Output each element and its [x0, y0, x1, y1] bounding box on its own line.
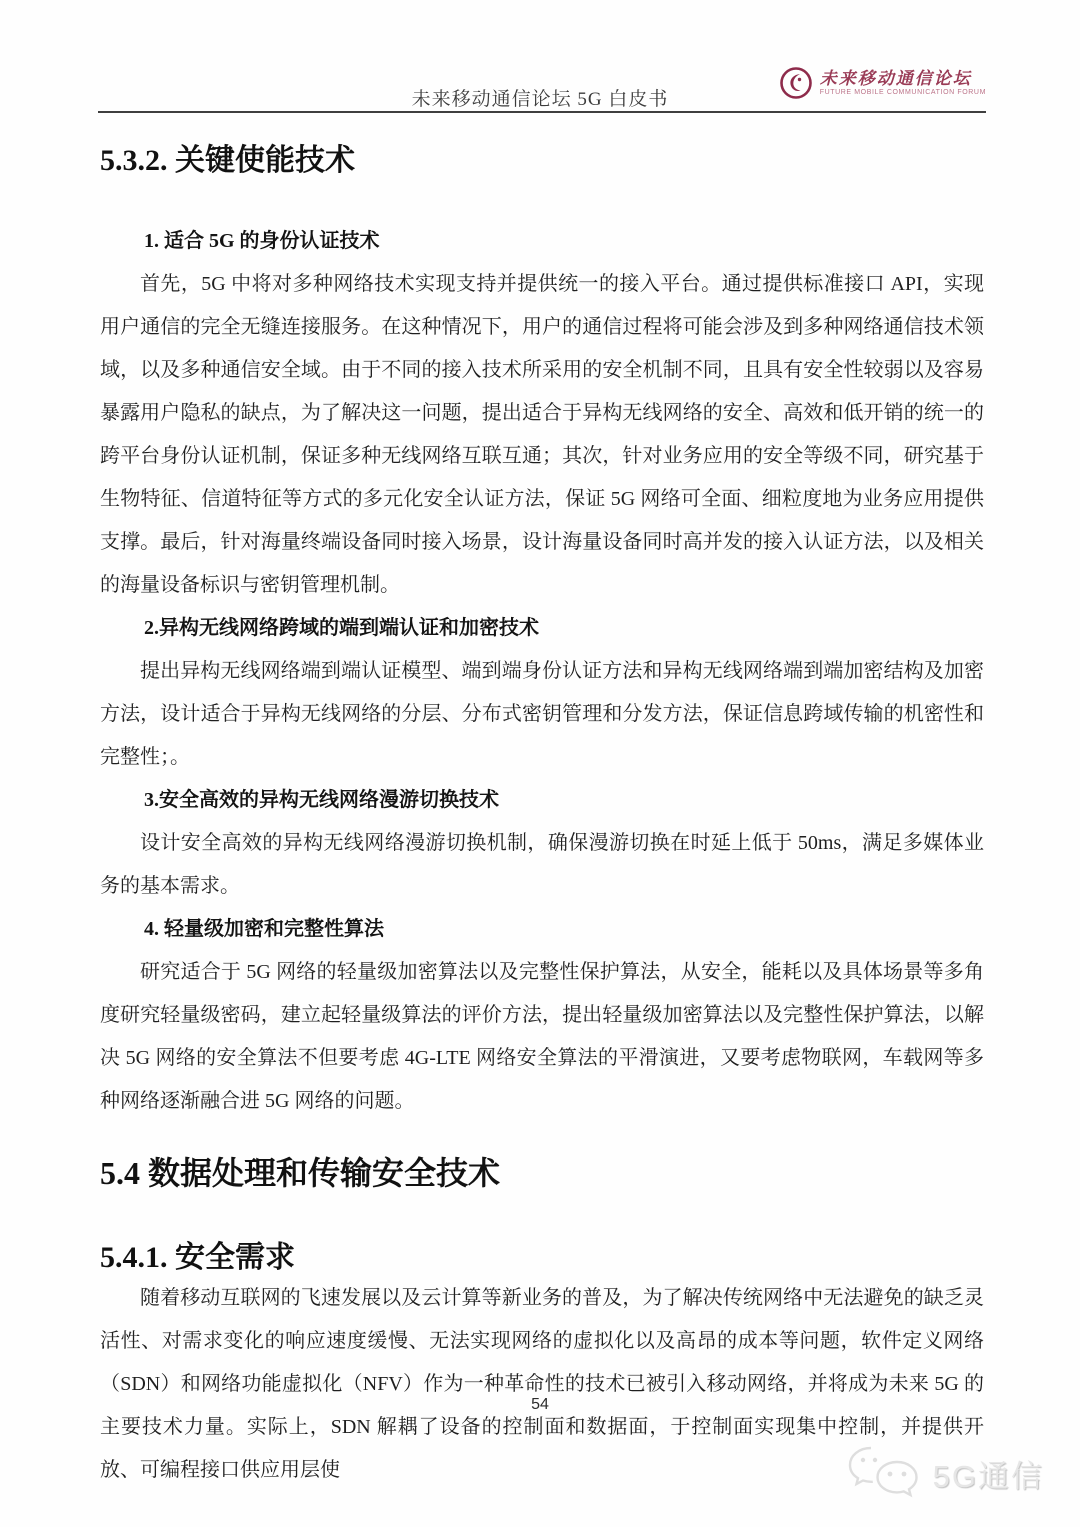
page-number: 54: [0, 1396, 1080, 1414]
paragraph-roaming-handover: 设计安全高效的异构无线网络漫游切换机制，确保漫游切换在时延上低于 50ms，满足…: [100, 822, 984, 908]
subheading-4-lightweight-crypto: 4. 轻量级加密和完整性算法: [100, 908, 984, 951]
forum-logo-name-en: FUTURE MOBILE COMMUNICATION FORUM: [820, 89, 986, 97]
paragraph-identity-authentication: 首先，5G 中将对多种网络技术实现支持并提供统一的接入平台。通过提供标准接口 A…: [100, 263, 984, 607]
channel-watermark: 5G通信: [845, 1444, 1044, 1502]
document-page: 未来移动通信论坛 5G 白皮书 未来移动通信论坛 FUTURE MOBILE C…: [0, 0, 1080, 1527]
subheading-2-e2e-auth-encryption: 2.异构无线网络跨域的端到端认证和加密技术: [100, 607, 984, 650]
watermark-label: 5G通信: [933, 1451, 1044, 1496]
header-divider: [98, 111, 986, 113]
forum-logo-name-cn: 未来移动通信论坛: [820, 70, 986, 89]
subheading-1-identity-authentication: 1. 适合 5G 的身份认证技术: [100, 220, 984, 263]
subheading-3-roaming-handover: 3.安全高效的异构无线网络漫游切换技术: [100, 779, 984, 822]
paragraph-lightweight-crypto: 研究适合于 5G 网络的轻量级加密算法以及完整性保护算法，从安全，能耗以及具体场…: [100, 951, 984, 1123]
paragraph-e2e-auth-encryption: 提出异构无线网络端到端认证模型、端到端身份认证方法和异构无线网络端到端加密结构及…: [100, 650, 984, 779]
section-5-4-title: 5.4 数据处理和传输安全技术: [100, 1153, 984, 1193]
wechat-icon: [845, 1444, 925, 1502]
section-5-4-1-title: 5.4.1. 安全需求: [100, 1239, 984, 1277]
forum-logo: 未来移动通信论坛 FUTURE MOBILE COMMUNICATION FOR…: [779, 66, 986, 100]
forum-logo-text: 未来移动通信论坛 FUTURE MOBILE COMMUNICATION FOR…: [820, 70, 986, 96]
section-5-3-2-title: 5.3.2. 关键使能技术: [100, 142, 984, 180]
document-body: 5.3.2. 关键使能技术 1. 适合 5G 的身份认证技术 首先，5G 中将对…: [100, 142, 984, 1492]
forum-logo-icon: [779, 66, 813, 100]
